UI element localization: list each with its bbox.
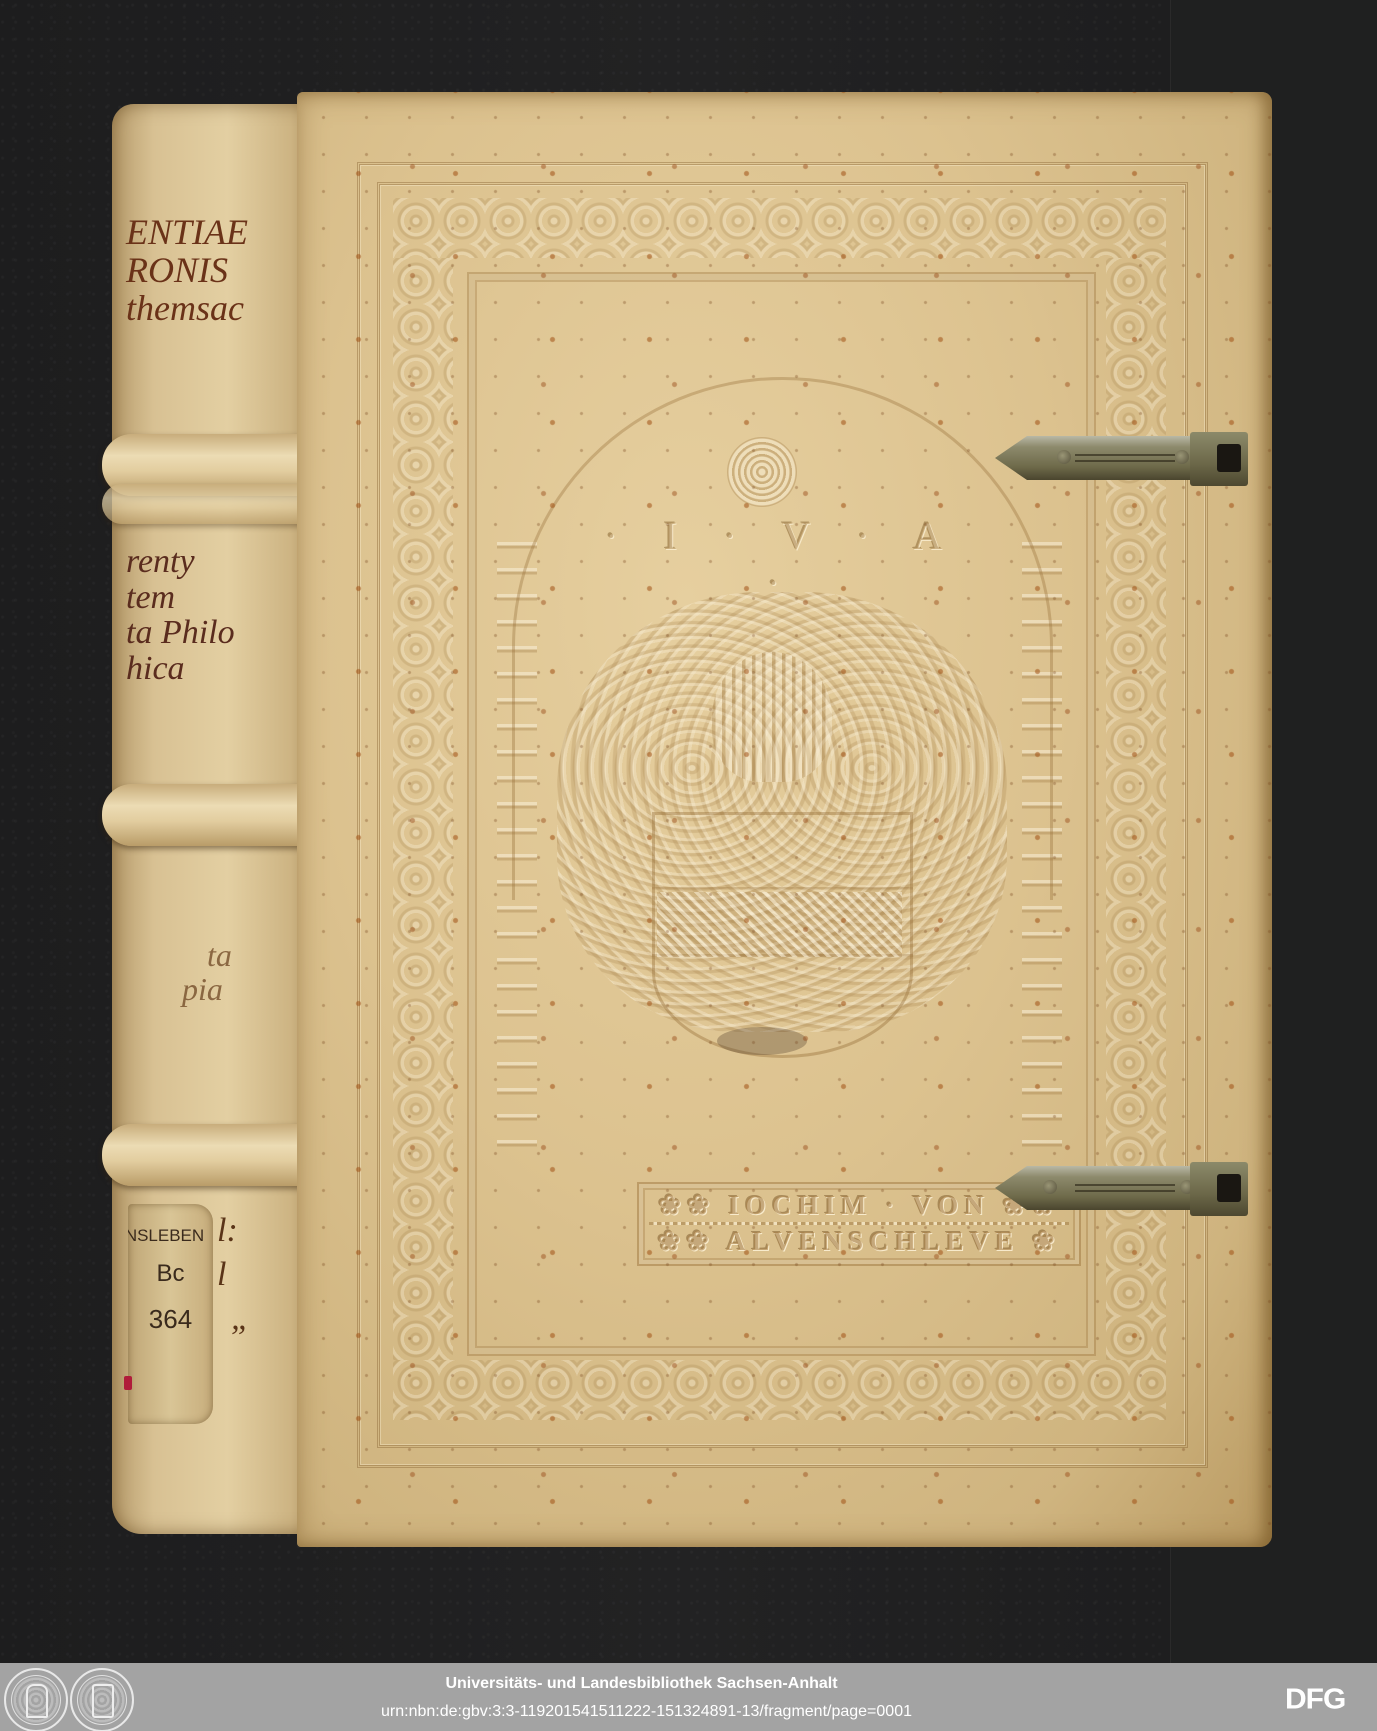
clasp-blade — [995, 1166, 1195, 1210]
shelf-label-line: NSLEBEN — [128, 1226, 213, 1246]
spine-title-line: ta — [152, 939, 312, 973]
spine-title-block-3: ta pia — [152, 939, 312, 1006]
spine-title-line: pia — [152, 973, 312, 1007]
clasp-slot — [1217, 1174, 1241, 1202]
spine-handwritten-note: l: l „ — [217, 1209, 250, 1342]
note-line: l — [217, 1253, 250, 1297]
clasp-lower-icon — [995, 1158, 1255, 1220]
rosette-icon — [727, 437, 797, 507]
clasp-groove — [1075, 1190, 1175, 1192]
clasp-groove — [1075, 454, 1175, 456]
spine-raised-band — [102, 784, 327, 846]
note-line: l: — [217, 1209, 250, 1253]
clasp-blade — [995, 436, 1195, 480]
rivet-icon — [1175, 450, 1189, 464]
roll-ornament-left — [393, 258, 453, 1360]
spine-raised-band — [102, 484, 327, 524]
rope-divider — [649, 1222, 1069, 1225]
institution-name: Universitäts- und Landesbibliothek Sachs… — [0, 1675, 1330, 1693]
helmet-icon — [712, 652, 832, 782]
spine-title-line: ta Philo — [126, 615, 286, 651]
rivet-icon — [1043, 1180, 1057, 1194]
urn-identifier: urn:nbn:de:gbv:3:3-119201541511222-15132… — [0, 1703, 1335, 1721]
shelf-label-line: 364 — [128, 1304, 213, 1335]
shelf-mark-label: NSLEBEN Bc 364 — [128, 1204, 213, 1424]
clasp-groove — [1075, 460, 1175, 462]
red-mark — [124, 1376, 132, 1390]
note-line: „ — [217, 1297, 250, 1341]
clasp-slot — [1217, 444, 1241, 472]
library-footer-bar: Universitäts- und Landesbibliothek Sachs… — [0, 1663, 1377, 1731]
owner-name-line-2: ❀❀ ALVENSCHLEVE ❀ — [639, 1226, 1079, 1257]
shield-checkered-band — [657, 892, 902, 957]
spine-title-line: hica — [126, 651, 286, 687]
shelf-label-line: Bc — [128, 1260, 213, 1288]
spine-title-line: ENTIAE — [126, 214, 286, 252]
spine-title-line: renty — [126, 544, 286, 580]
book: ENTIAE RONIS themsac renty tem ta Philo … — [112, 92, 1272, 1547]
stain — [717, 1027, 807, 1055]
spine-title-block-1: ENTIAE RONIS themsac — [126, 214, 286, 327]
clasp-upper-icon — [995, 428, 1255, 490]
spine-title-line: tem — [126, 580, 286, 616]
roll-ornament-bottom — [393, 1360, 1166, 1420]
spine-title-line: themsac — [126, 290, 286, 328]
dfg-logo-icon: DFG — [1285, 1684, 1345, 1716]
clasp-groove — [1075, 1184, 1175, 1186]
spine-title-block-2: renty tem ta Philo hica — [126, 544, 286, 687]
rivet-icon — [1057, 450, 1071, 464]
roll-ornament-top — [393, 198, 1166, 258]
spine-title-line: RONIS — [126, 252, 286, 290]
scan-image: ENTIAE RONIS themsac renty tem ta Philo … — [0, 0, 1377, 1663]
front-cover: · I · V · A · ❀❀ IOCHIM · VON ❀❀ ❀❀ ALVE… — [297, 92, 1272, 1547]
spine-raised-band — [102, 1124, 327, 1186]
book-spine: ENTIAE RONIS themsac renty tem ta Philo … — [112, 104, 322, 1534]
